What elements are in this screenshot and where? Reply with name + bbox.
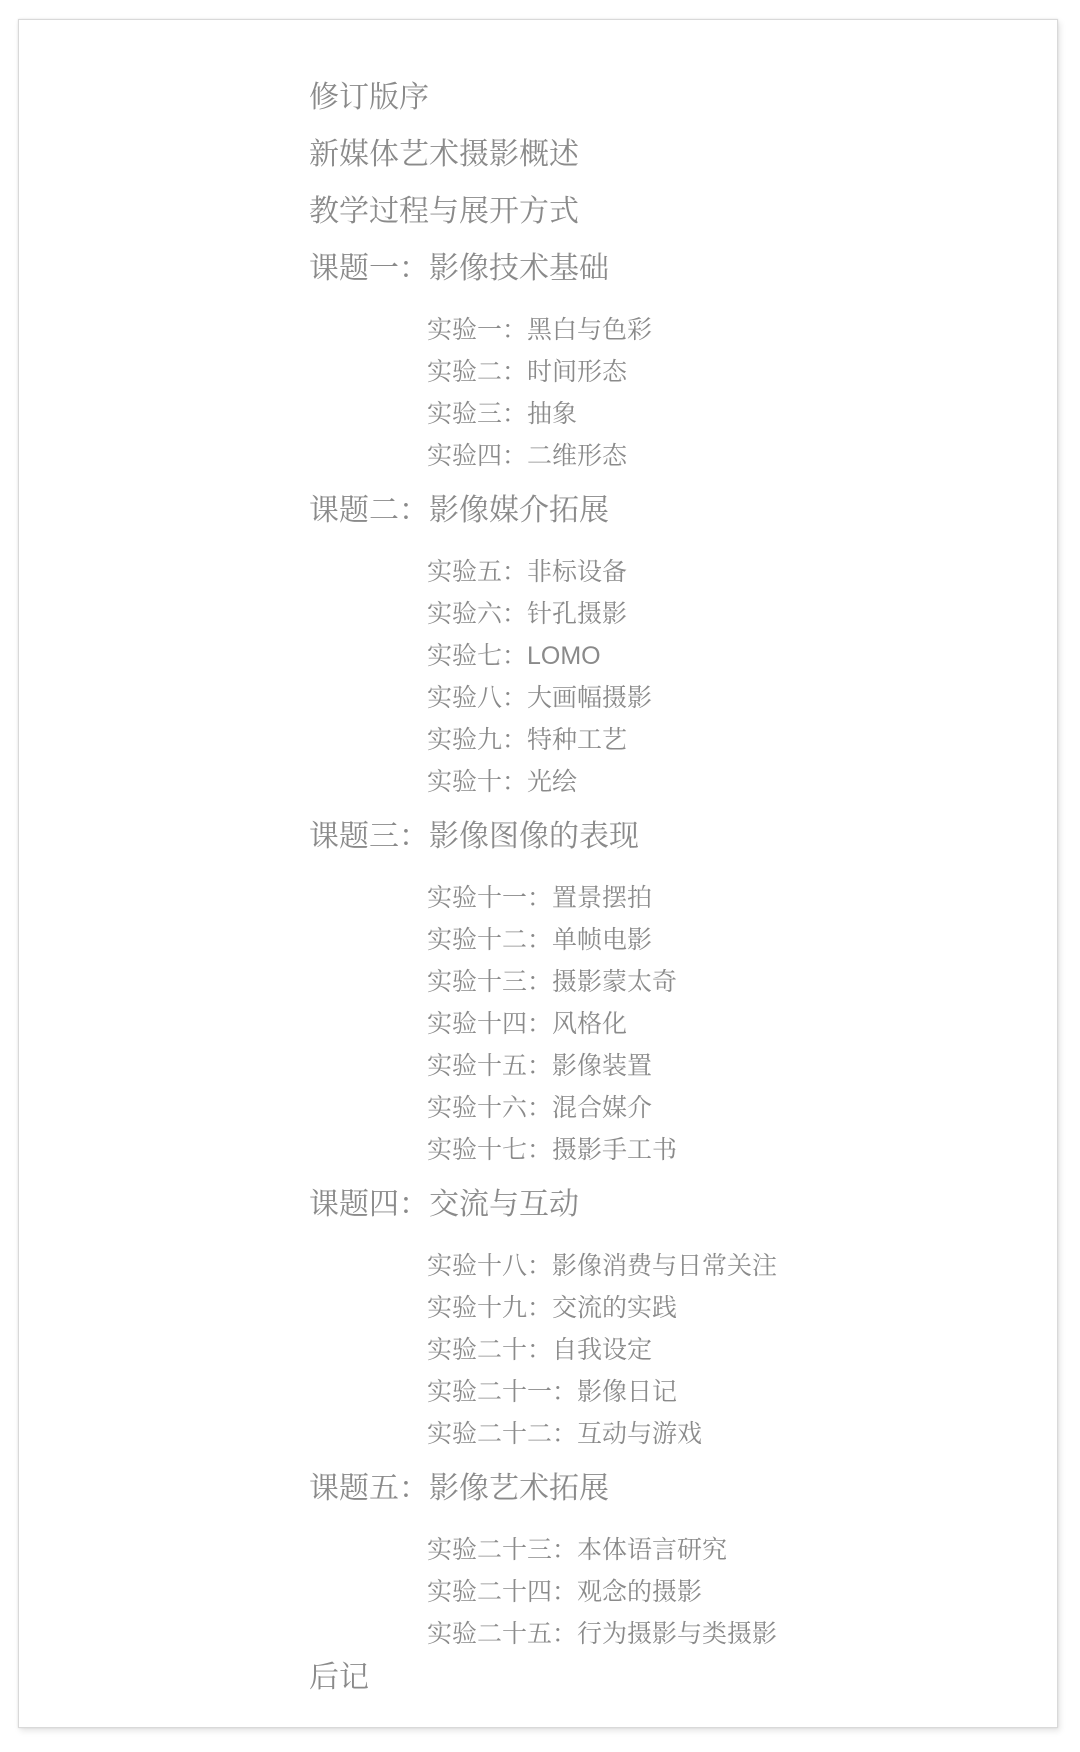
- experiment-item: 实验十五：影像装置: [427, 1045, 1057, 1087]
- experiment-item: 实验十三：摄影蒙太奇: [427, 961, 1057, 1003]
- experiment-item: 实验九：特种工艺: [427, 719, 1057, 761]
- front-matter-item: 教学过程与展开方式: [309, 195, 1057, 229]
- experiment-item: 实验八：大画幅摄影: [427, 677, 1057, 719]
- experiment-item: 实验五：非标设备: [427, 551, 1057, 593]
- experiment-item: 实验十一：置景摆拍: [427, 877, 1057, 919]
- toc-section: 课题五：影像艺术拓展 实验二十三：本体语言研究实验二十四：观念的摄影实验二十五：…: [309, 1472, 1057, 1655]
- section-title: 课题一：影像技术基础: [309, 252, 1057, 286]
- experiment-item: 实验十二：单帧电影: [427, 919, 1057, 961]
- front-matter-item: 新媒体艺术摄影概述: [309, 138, 1057, 172]
- experiment-list: 实验五：非标设备实验六：针孔摄影实验七：LOMO实验八：大画幅摄影实验九：特种工…: [309, 551, 1057, 803]
- experiment-item: 实验十八：影像消费与日常关注: [427, 1245, 1057, 1287]
- toc-section: 课题四：交流与互动 实验十八：影像消费与日常关注实验十九：交流的实践实验二十：自…: [309, 1188, 1057, 1455]
- experiment-item: 实验二十一：影像日记: [427, 1371, 1057, 1413]
- experiment-item: 实验七：LOMO: [427, 635, 1057, 677]
- experiment-item: 实验二十：自我设定: [427, 1329, 1057, 1371]
- toc-section: 课题一：影像技术基础 实验一：黑白与色彩实验二：时间形态实验三：抽象实验四：二维…: [309, 252, 1057, 477]
- experiment-item: 实验四：二维形态: [427, 435, 1057, 477]
- experiment-list: 实验十一：置景摆拍实验十二：单帧电影实验十三：摄影蒙太奇实验十四：风格化实验十五…: [309, 877, 1057, 1171]
- experiment-item: 实验六：针孔摄影: [427, 593, 1057, 635]
- back-matter-item: 后记: [309, 1661, 1057, 1695]
- toc-section: 课题三：影像图像的表现 实验十一：置景摆拍实验十二：单帧电影实验十三：摄影蒙太奇…: [309, 820, 1057, 1171]
- experiment-item: 实验二十二：互动与游戏: [427, 1413, 1057, 1455]
- toc-section: 课题二：影像媒介拓展 实验五：非标设备实验六：针孔摄影实验七：LOMO实验八：大…: [309, 494, 1057, 803]
- section-title: 课题三：影像图像的表现: [309, 820, 1057, 854]
- experiment-item: 实验十四：风格化: [427, 1003, 1057, 1045]
- toc-page: 修订版序新媒体艺术摄影概述教学过程与展开方式 课题一：影像技术基础 实验一：黑白…: [18, 19, 1058, 1728]
- sections-list: 课题一：影像技术基础 实验一：黑白与色彩实验二：时间形态实验三：抽象实验四：二维…: [309, 252, 1057, 1655]
- toc-content: 修订版序新媒体艺术摄影概述教学过程与展开方式 课题一：影像技术基础 实验一：黑白…: [19, 20, 1057, 1695]
- back-matter-list: 后记: [309, 1661, 1057, 1695]
- experiment-item: 实验一：黑白与色彩: [427, 309, 1057, 351]
- section-title: 课题五：影像艺术拓展: [309, 1472, 1057, 1506]
- experiment-item: 实验十七：摄影手工书: [427, 1129, 1057, 1171]
- experiment-list: 实验二十三：本体语言研究实验二十四：观念的摄影实验二十五：行为摄影与类摄影: [309, 1529, 1057, 1655]
- front-matter-list: 修订版序新媒体艺术摄影概述教学过程与展开方式: [309, 81, 1057, 229]
- experiment-item: 实验三：抽象: [427, 393, 1057, 435]
- experiment-item: 实验二：时间形态: [427, 351, 1057, 393]
- experiment-item: 实验十六：混合媒介: [427, 1087, 1057, 1129]
- experiment-item: 实验十：光绘: [427, 761, 1057, 803]
- experiment-list: 实验一：黑白与色彩实验二：时间形态实验三：抽象实验四：二维形态: [309, 309, 1057, 477]
- front-matter-item: 修订版序: [309, 81, 1057, 115]
- section-title: 课题二：影像媒介拓展: [309, 494, 1057, 528]
- experiment-item: 实验二十三：本体语言研究: [427, 1529, 1057, 1571]
- section-title: 课题四：交流与互动: [309, 1188, 1057, 1222]
- experiment-item: 实验十九：交流的实践: [427, 1287, 1057, 1329]
- experiment-item: 实验二十四：观念的摄影: [427, 1571, 1057, 1613]
- experiment-item: 实验二十五：行为摄影与类摄影: [427, 1613, 1057, 1655]
- experiment-list: 实验十八：影像消费与日常关注实验十九：交流的实践实验二十：自我设定实验二十一：影…: [309, 1245, 1057, 1455]
